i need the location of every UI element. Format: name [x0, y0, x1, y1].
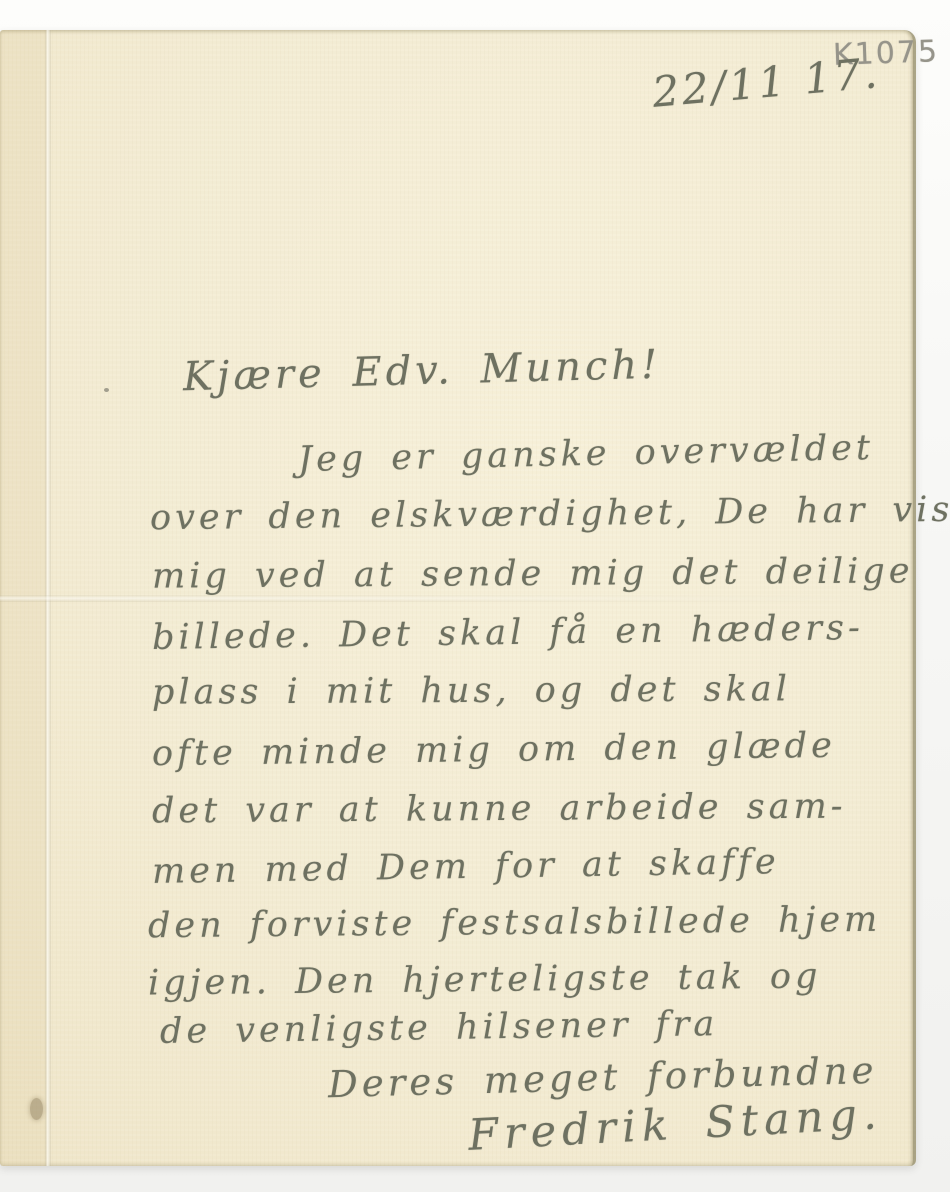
body-line: ofte minde mig om den glæde: [152, 726, 836, 774]
body-line: igjen. Den hjerteligste tak og: [148, 956, 822, 1003]
scan-background: K1075 22/11 17. Kjære Edv. Munch! Jeg er…: [0, 0, 950, 1192]
body-line: over den elskværdighet, De har vist: [150, 490, 950, 539]
body-line: plass i mit hus, og det skal: [152, 669, 791, 712]
paper-stain: [30, 1098, 43, 1120]
body-line: det var at kunne arbeide sam-: [152, 787, 847, 832]
horizontal-crease: [0, 595, 913, 602]
paper-speck: [104, 388, 109, 392]
body-line: den forviste festsalsbillede hjem: [148, 900, 882, 946]
body-line: de venligste hilsener fra: [160, 1004, 719, 1052]
body-line: mig ved at sende mig det deilige: [152, 551, 914, 596]
